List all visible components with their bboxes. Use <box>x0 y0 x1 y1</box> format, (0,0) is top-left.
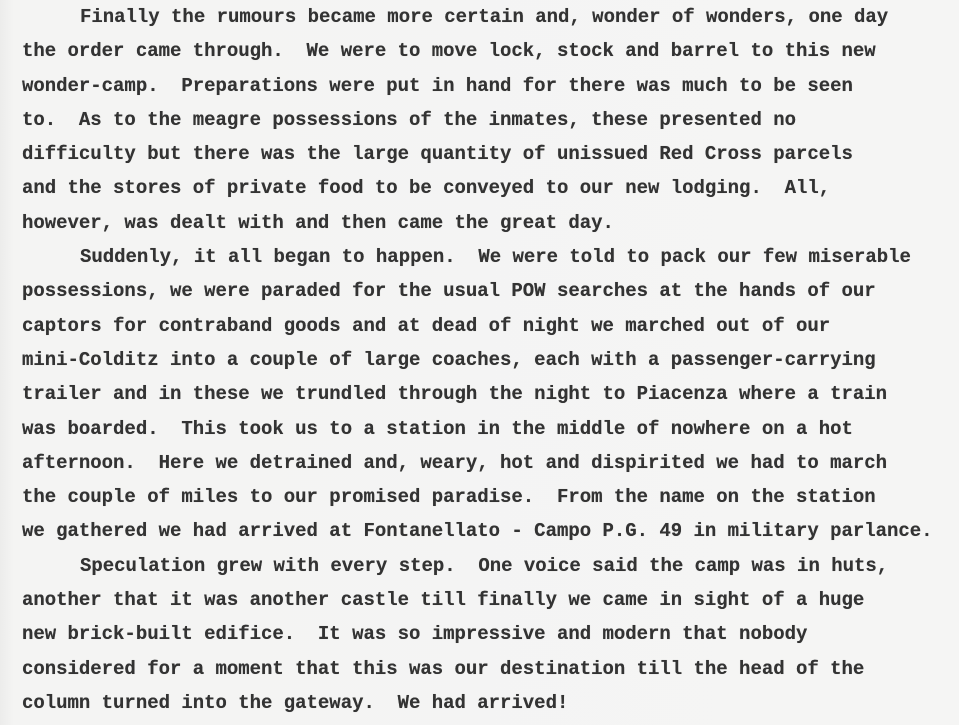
text-line: the order came through. We were to move … <box>22 37 959 71</box>
text-line: we gathered we had arrived at Fontanella… <box>22 517 959 551</box>
paragraph: Finally the rumours became more certain … <box>22 3 959 243</box>
text-line: and the stores of private food to be con… <box>22 174 959 208</box>
text-line: afternoon. Here we detrained and, weary,… <box>22 449 959 483</box>
document-body: Finally the rumours became more certain … <box>22 3 959 723</box>
text-line: Suddenly, it all began to happen. We wer… <box>22 243 959 277</box>
paragraph: Suddenly, it all began to happen. We wer… <box>22 243 959 552</box>
text-line: wonder-camp. Preparations were put in ha… <box>22 72 959 106</box>
text-line: Finally the rumours became more certain … <box>22 3 959 37</box>
text-line: mini-Colditz into a couple of large coac… <box>22 346 959 380</box>
text-line: Speculation grew with every step. One vo… <box>22 552 959 586</box>
text-line: however, was dealt with and then came th… <box>22 209 959 243</box>
text-line: to. As to the meagre possessions of the … <box>22 106 959 140</box>
text-line: possessions, we were paraded for the usu… <box>22 277 959 311</box>
paragraph: Speculation grew with every step. One vo… <box>22 552 959 723</box>
text-line: another that it was another castle till … <box>22 586 959 620</box>
text-line: column turned into the gateway. We had a… <box>22 689 959 723</box>
text-line: captors for contraband goods and at dead… <box>22 312 959 346</box>
text-line: new brick-built edifice. It was so impre… <box>22 620 959 654</box>
text-line: difficulty but there was the large quant… <box>22 140 959 174</box>
typewritten-page: Finally the rumours became more certain … <box>0 0 959 725</box>
text-line: considered for a moment that this was ou… <box>22 655 959 689</box>
text-line: trailer and in these we trundled through… <box>22 380 959 414</box>
text-line: was boarded. This took us to a station i… <box>22 415 959 449</box>
text-line: the couple of miles to our promised para… <box>22 483 959 517</box>
